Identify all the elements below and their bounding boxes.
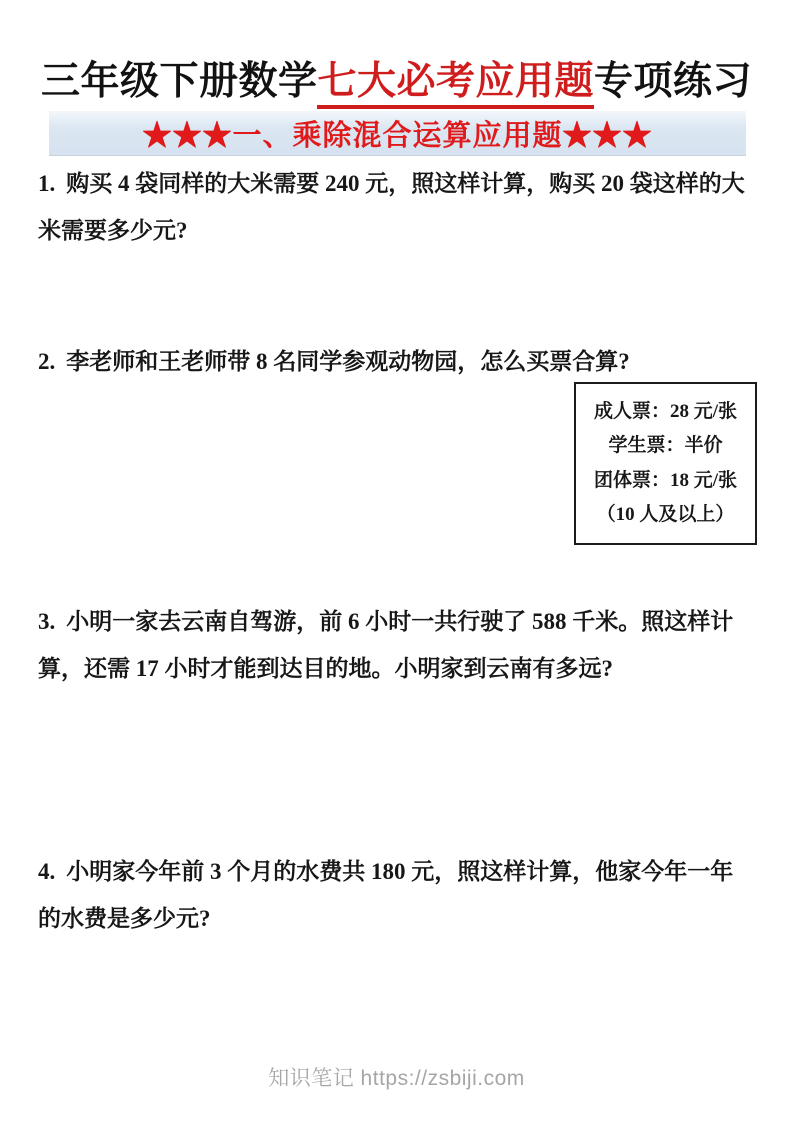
- footer-watermark-text: 知识笔记 https://zsbiji.com: [268, 1067, 525, 1090]
- question-1-number: 1.: [38, 171, 55, 196]
- question-4: 4.小明家今年前 3 个月的水费共 180 元，照这样计算，他家今年一年的水费是…: [38, 848, 756, 942]
- question-3: 3.小明一家去云南自驾游，前 6 小时一共行驶了 588 千米。照这样计算，还需…: [38, 598, 756, 692]
- section-banner-text: ★★★一、乘除混合运算应用题★★★: [142, 113, 652, 154]
- question-2-number: 2.: [38, 349, 55, 374]
- question-4-number: 4.: [38, 859, 55, 884]
- ticket-price-box: 成人票：28 元/张 学生票：半价 团体票：18 元/张 （10 人及以上）: [574, 382, 757, 545]
- question-3-text: 小明一家去云南自驾游，前 6 小时一共行驶了 588 千米。照这样计算，还需 1…: [38, 609, 733, 681]
- price-line-student: 学生票：半价: [608, 435, 722, 457]
- page-title-highlight: 七大必考应用题: [317, 60, 594, 109]
- page-title-suffix: 专项练习: [594, 60, 752, 103]
- question-4-text: 小明家今年前 3 个月的水费共 180 元，照这样计算，他家今年一年的水费是多少…: [38, 859, 733, 931]
- page-title-prefix: 三年级下册数学: [41, 60, 318, 103]
- price-line-adult: 成人票：28 元/张: [594, 401, 737, 423]
- question-1-text: 购买 4 袋同样的大米需要 240 元，照这样计算，购买 20 袋这样的大米需要…: [38, 171, 745, 243]
- price-line-group-note: （10 人及以上）: [597, 504, 735, 526]
- footer-watermark: 知识笔记 https://zsbiji.com: [0, 1062, 793, 1092]
- worksheet-page: 三年级下册数学七大必考应用题专项练习 ★★★一、乘除混合运算应用题★★★ 1.购…: [0, 0, 793, 1121]
- price-line-group: 团体票：18 元/张: [594, 470, 737, 492]
- page-title: 三年级下册数学七大必考应用题专项练习: [0, 50, 793, 106]
- question-2: 2.李老师和王老师带 8 名同学参观动物园，怎么买票合算?: [38, 338, 756, 385]
- question-1: 1.购买 4 袋同样的大米需要 240 元，照这样计算，购买 20 袋这样的大米…: [38, 160, 756, 254]
- question-3-number: 3.: [38, 609, 55, 634]
- question-2-text: 李老师和王老师带 8 名同学参观动物园，怎么买票合算?: [66, 349, 630, 374]
- section-banner: ★★★一、乘除混合运算应用题★★★: [49, 111, 746, 156]
